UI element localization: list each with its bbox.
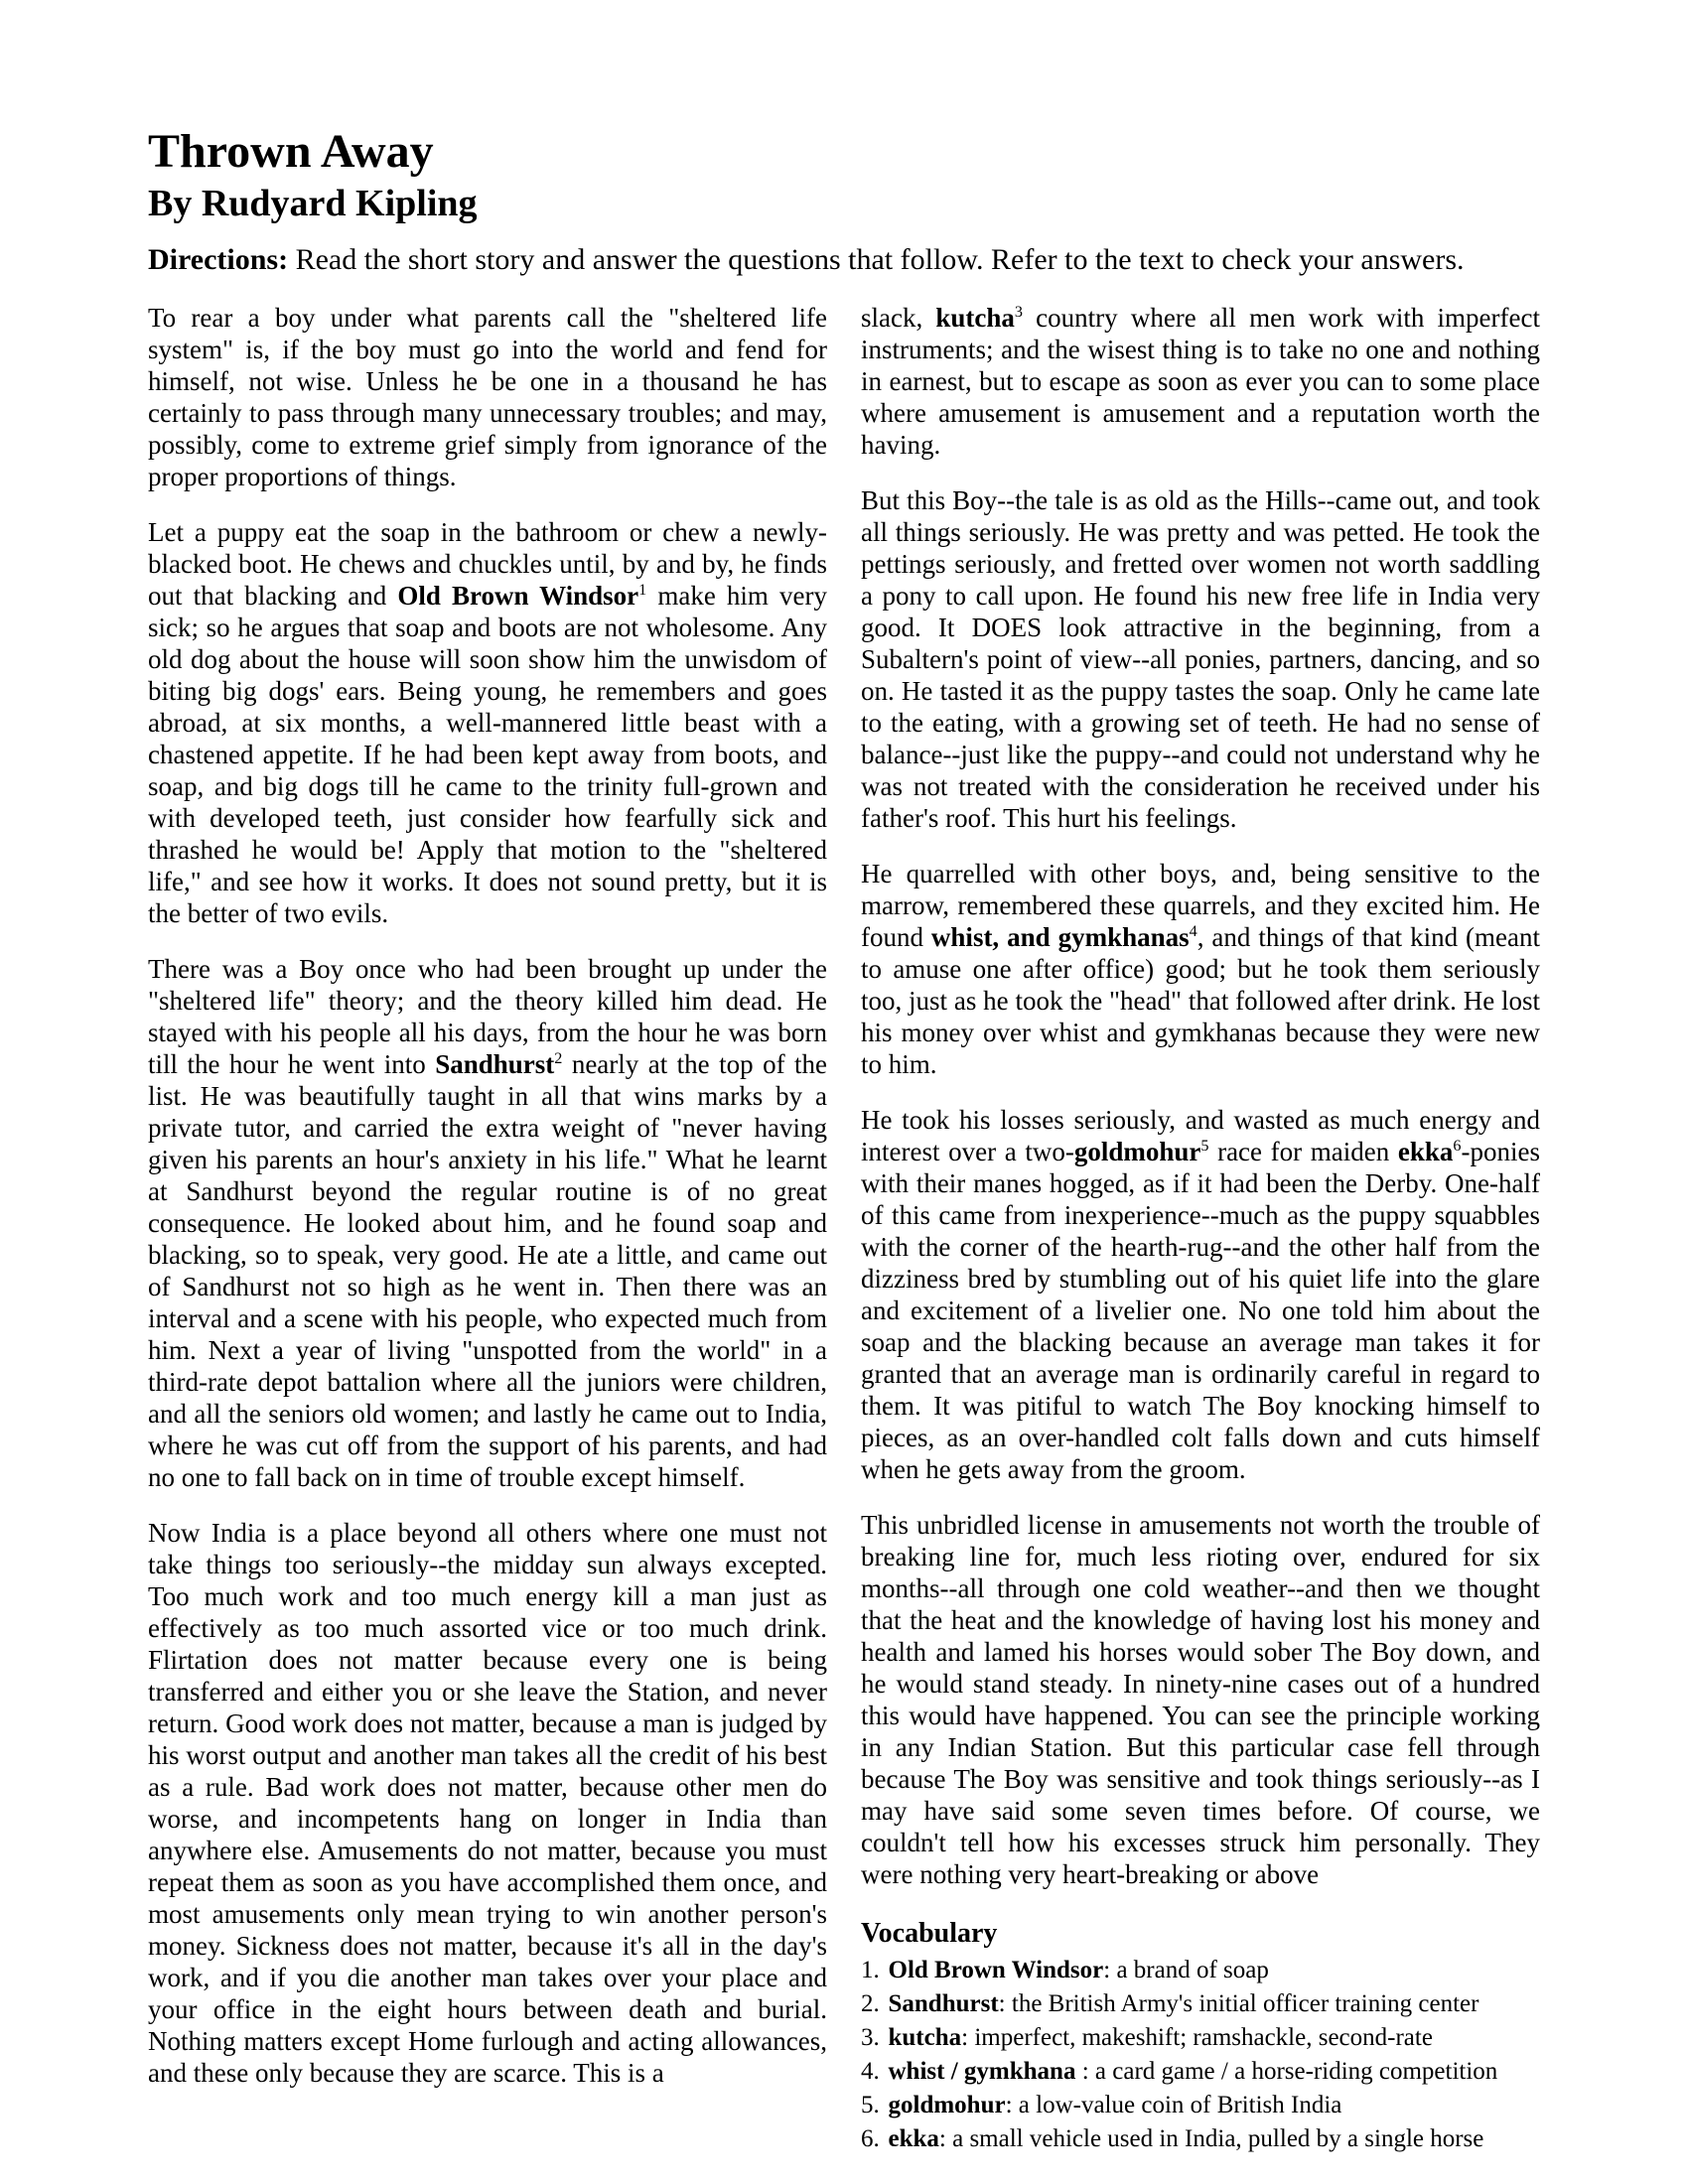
story-paragraph: Now India is a place beyond all others w… (148, 1517, 827, 2089)
vocabulary-item: 5.goldmohur: a low-value coin of British… (861, 2089, 1540, 2122)
story-paragraph: He took his losses seriously, and wasted… (861, 1104, 1540, 1485)
right-column-text: slack, kutcha3 country where all men wor… (861, 302, 1540, 1890)
vocab-item-term: ekka (889, 2125, 939, 2152)
story-paragraph: But this Boy--the tale is as old as the … (861, 484, 1540, 834)
vocab-item-definition: : a small vehicle used in India, pulled … (939, 2125, 1483, 2152)
vocab-item-number: 5. (861, 2092, 880, 2118)
vocabulary-item: 3.kutcha: imperfect, makeshift; ramshack… (861, 2021, 1540, 2055)
story-paragraph: This unbridled license in amusements not… (861, 1509, 1540, 1890)
vocab-item-number: 3. (861, 2024, 880, 2051)
left-column: To rear a boy under what parents call th… (148, 302, 827, 2113)
directions-text: Read the short story and answer the ques… (288, 243, 1464, 276)
vocabulary-section: Vocabulary 1.Old Brown Windsor: a brand … (861, 1916, 1540, 2156)
vocab-item-term: goldmohur (889, 2092, 1006, 2118)
vocab-item-number: 6. (861, 2125, 880, 2152)
text-run: This unbridled license in amusements not… (861, 1510, 1540, 1889)
bold-term: ekka (1398, 1137, 1454, 1166)
vocab-item-term: Old Brown Windsor (889, 1957, 1104, 1983)
story-paragraph: Let a puppy eat the soap in the bathroom… (148, 516, 827, 929)
text-run: race for maiden (1208, 1137, 1397, 1166)
vocab-item-number: 1. (861, 1957, 880, 1983)
footnote-marker: 6 (1453, 1137, 1461, 1155)
bold-term: kutcha (935, 303, 1015, 333)
vocab-item-term: Sandhurst (889, 1990, 999, 2017)
story-byline: By Rudyard Kipling (148, 183, 1540, 225)
footnote-marker: 4 (1190, 922, 1197, 940)
footnote-marker: 3 (1015, 303, 1023, 321)
vocab-item-term: whist / gymkhana (889, 2058, 1076, 2085)
bold-term: whist, and gymkhanas (931, 922, 1190, 952)
vocabulary-item: 6.ekka: a small vehicle used in India, p… (861, 2122, 1540, 2156)
vocabulary-heading: Vocabulary (861, 1916, 1540, 1952)
page-title: Thrown Away (148, 125, 1540, 179)
text-run: make him very sick; so he argues that so… (148, 581, 827, 928)
text-run: nearly at the top of the list. He was be… (148, 1049, 827, 1492)
text-run: To rear a boy under what parents call th… (148, 303, 827, 491)
vocabulary-list: 1.Old Brown Windsor: a brand of soap 2.S… (861, 1954, 1540, 2156)
bold-term: goldmohur (1074, 1137, 1201, 1166)
story-columns: To rear a boy under what parents call th… (148, 302, 1540, 2156)
vocabulary-item: 1.Old Brown Windsor: a brand of soap (861, 1954, 1540, 1987)
vocab-item-term: kutcha (889, 2024, 962, 2051)
directions-line: Directions: Read the short story and ans… (148, 242, 1540, 278)
text-run: -ponies with their manes hogged, as if i… (861, 1137, 1540, 1484)
vocab-item-definition: : imperfect, makeshift; ramshackle, seco… (961, 2024, 1433, 2051)
right-column: slack, kutcha3 country where all men wor… (861, 302, 1540, 2156)
vocabulary-item: 2.Sandhurst: the British Army's initial … (861, 1987, 1540, 2021)
text-run: slack, (861, 303, 935, 333)
vocab-item-number: 2. (861, 1990, 880, 2017)
vocabulary-item: 4.whist / gymkhana : a card game / a hor… (861, 2055, 1540, 2089)
directions-label: Directions: (148, 243, 288, 276)
document-page: Thrown Away By Rudyard Kipling Direction… (0, 0, 1688, 2184)
vocab-item-definition: : the British Army's initial officer tra… (999, 1990, 1479, 2017)
story-paragraph: To rear a boy under what parents call th… (148, 302, 827, 492)
story-paragraph: He quarrelled with other boys, and, bein… (861, 858, 1540, 1080)
vocab-item-definition: : a brand of soap (1103, 1957, 1269, 1983)
bold-term: Old Brown Windsor (397, 581, 638, 611)
vocab-item-definition: : a card game / a horse-riding competiti… (1075, 2058, 1497, 2085)
text-run: Now India is a place beyond all others w… (148, 1518, 827, 2088)
text-run: But this Boy--the tale is as old as the … (861, 485, 1540, 833)
vocab-item-definition: : a low-value coin of British India (1006, 2092, 1342, 2118)
bold-term: Sandhurst (435, 1049, 554, 1079)
vocab-item-number: 4. (861, 2058, 880, 2085)
story-paragraph: There was a Boy once who had been brough… (148, 953, 827, 1493)
story-paragraph: slack, kutcha3 country where all men wor… (861, 302, 1540, 461)
